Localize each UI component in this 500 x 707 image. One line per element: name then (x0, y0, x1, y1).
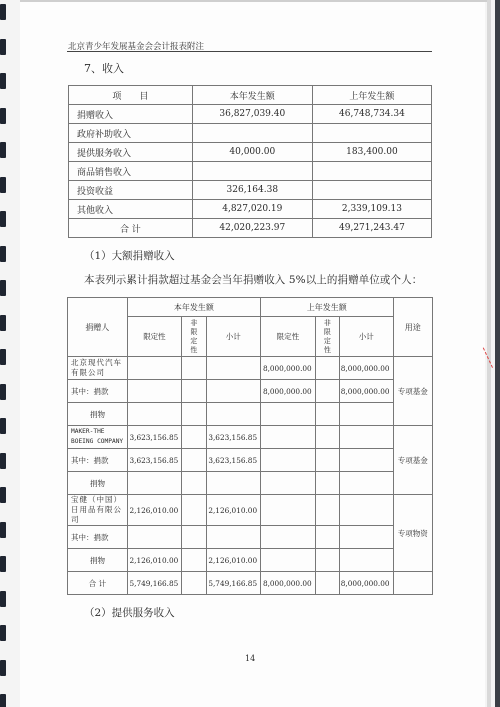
header-current-year: 本年发生额 (127, 298, 260, 317)
binder-hole (0, 591, 6, 607)
cell (127, 357, 182, 380)
previous-value: 46,748,734.34 (312, 105, 431, 124)
header-previous: 上年发生额 (312, 86, 431, 105)
subsection-title-service-income: （2）提供服务收入 (84, 605, 175, 620)
purpose-cell (393, 572, 432, 595)
binder-hole (0, 694, 6, 707)
cell (127, 403, 182, 426)
item-label: 捐赠收入 (69, 105, 193, 124)
cell (261, 449, 316, 472)
cash-row: 其中：捐款 8,000,000.00 8,000,000.00 (68, 380, 433, 403)
cell (315, 549, 339, 572)
income-table: 项 目 本年发生额 上年发生额 捐赠收入 36,827,039.40 46,74… (68, 85, 432, 238)
table-row: 其他收入 4,827,020.19 2,339,109.13 (69, 200, 432, 219)
current-value (192, 162, 312, 181)
cell (182, 526, 206, 549)
cell (315, 426, 339, 449)
subsection-description: 本表列示累计捐款超过基金会当年捐赠收入 5%以上的捐赠单位或个人： (84, 272, 422, 287)
cell: 2,126,010.00 (127, 495, 182, 526)
previous-value (312, 181, 431, 200)
binder-hole (0, 625, 6, 641)
goods-label: 捐物 (68, 403, 128, 426)
cell: 2,126,010.00 (127, 549, 182, 572)
binder-hole (0, 522, 6, 538)
cell (206, 526, 261, 549)
header-subtotal: 小计 (339, 317, 393, 357)
header-subtotal: 小计 (206, 317, 261, 357)
binder-hole (0, 73, 6, 89)
cell (315, 495, 339, 526)
cash-row: 其中：捐款 3,623,156.85 3,623,156.85 (68, 449, 433, 472)
cell (315, 380, 339, 403)
cell: 2,126,010.00 (206, 549, 261, 572)
donation-table: 捐赠人 本年发生额 上年发生额 用途 限定性 非 限 定 性 小计 限定性 非 … (67, 297, 433, 595)
cell (315, 472, 339, 495)
cell (182, 572, 206, 595)
cell (206, 380, 261, 403)
previous-value: 183,400.00 (312, 143, 431, 162)
total-label: 合 计 (68, 572, 128, 595)
total-row: 合 计 42,020,223.97 49,271,243.47 (69, 219, 432, 238)
binder-hole (0, 4, 6, 20)
goods-label: 捐物 (68, 472, 128, 495)
cell (182, 549, 206, 572)
cell (127, 526, 182, 549)
cell (182, 449, 206, 472)
cell: 3,623,156.85 (206, 449, 261, 472)
cash-label: 其中：捐款 (68, 380, 128, 403)
binder-hole (0, 280, 6, 296)
donor-row: MAKER-THE BOEING COMPANY 3,623,156.85 3,… (68, 426, 433, 449)
cell: 5,749,166.85 (206, 572, 261, 595)
cell (127, 380, 182, 403)
page-number: 14 (245, 654, 255, 663)
income-table-header: 项 目 本年发生额 上年发生额 (69, 86, 432, 105)
total-previous: 49,271,243.47 (312, 219, 431, 238)
binder-hole (0, 39, 6, 55)
item-label: 政府补助收入 (69, 124, 193, 143)
cell (127, 472, 182, 495)
donor-row: 宝健（中国）日用品有限公司 2,126,010.00 2,126,010.00 … (68, 495, 433, 526)
cell (261, 426, 316, 449)
purpose-cell: 专项基金 (393, 357, 432, 426)
header-current: 本年发生额 (192, 86, 312, 105)
binder-hole (0, 349, 6, 365)
cash-row: 其中：捐款 (68, 526, 433, 549)
donor-name: 北京现代汽车有限公司 (68, 357, 128, 380)
total-label: 合 计 (69, 219, 193, 238)
subsection-title-large-donations: （1）大额捐赠收入 (84, 248, 175, 263)
cell: 8,000,000.00 (261, 572, 316, 595)
cell (182, 357, 206, 380)
cell (315, 572, 339, 595)
header-restricted: 限定性 (261, 317, 316, 357)
binder-hole (0, 384, 6, 400)
header-purpose: 用途 (393, 298, 432, 357)
current-value: 326,164.38 (192, 181, 312, 200)
cell: 8,000,000.00 (339, 357, 393, 380)
current-value: 4,827,020.19 (192, 200, 312, 219)
binder-hole (0, 453, 6, 469)
cell (339, 449, 393, 472)
cell (339, 526, 393, 549)
donor-row: 北京现代汽车有限公司 8,000,000.00 8,000,000.00 专项基… (68, 357, 433, 380)
cell: 3,623,156.85 (206, 426, 261, 449)
previous-value (312, 124, 431, 143)
cell (315, 526, 339, 549)
header-unrestricted: 非 限 定 性 (182, 317, 206, 357)
binder-hole (0, 211, 6, 227)
binder-hole (0, 418, 6, 434)
goods-row: 捐物 (68, 403, 433, 426)
binder-hole (0, 315, 6, 331)
binder-hole (0, 660, 6, 676)
donation-table-header-row1: 捐赠人 本年发生额 上年发生额 用途 (68, 298, 433, 317)
binder-hole (0, 487, 6, 503)
cell (261, 549, 316, 572)
table-row: 提供服务收入 40,000.00 183,400.00 (69, 143, 432, 162)
page-top-edge (20, 0, 490, 2)
cell (315, 403, 339, 426)
purpose-cell: 专项物资 (393, 495, 432, 572)
total-current: 42,020,223.97 (192, 219, 312, 238)
previous-value: 2,339,109.13 (312, 200, 431, 219)
binder-hole (0, 556, 6, 572)
cell (261, 403, 316, 426)
binder-hole (0, 246, 6, 262)
cell (315, 357, 339, 380)
purpose-cell: 专项基金 (393, 426, 432, 495)
cell: 5,749,166.85 (127, 572, 182, 595)
cell (339, 426, 393, 449)
cell (182, 426, 206, 449)
header-donor: 捐赠人 (68, 298, 128, 357)
cell: 2,126,010.00 (206, 495, 261, 526)
cell: 3,623,156.85 (127, 426, 182, 449)
cell: 8,000,000.00 (261, 380, 316, 403)
cell (182, 403, 206, 426)
current-value: 36,827,039.40 (192, 105, 312, 124)
table-row: 政府补助收入 (69, 124, 432, 143)
goods-row: 捐物 (68, 472, 433, 495)
goods-row: 捐物 2,126,010.00 2,126,010.00 (68, 549, 433, 572)
binder-hole (0, 177, 6, 193)
cell (261, 526, 316, 549)
cell (315, 449, 339, 472)
cash-label: 其中：捐款 (68, 449, 128, 472)
item-label: 商品销售收入 (69, 162, 193, 181)
cell (182, 472, 206, 495)
cell (339, 472, 393, 495)
donor-name: 宝健（中国）日用品有限公司 (68, 495, 128, 526)
table-row: 商品销售收入 (69, 162, 432, 181)
cell (206, 357, 261, 380)
cell (261, 495, 316, 526)
item-label: 提供服务收入 (69, 143, 193, 162)
binder-hole (0, 108, 6, 124)
header-rule (67, 51, 432, 52)
table-row: 投资收益 326,164.38 (69, 181, 432, 200)
cell (182, 495, 206, 526)
cell (339, 495, 393, 526)
previous-value (312, 162, 431, 181)
binder-hole (0, 142, 6, 158)
donor-name: MAKER-THE BOEING COMPANY (68, 426, 128, 449)
item-label: 其他收入 (69, 200, 193, 219)
cash-label: 其中：捐款 (68, 526, 128, 549)
item-label: 投资收益 (69, 181, 193, 200)
current-value: 40,000.00 (192, 143, 312, 162)
cell: 3,623,156.85 (127, 449, 182, 472)
goods-label: 捐物 (68, 549, 128, 572)
cell: 8,000,000.00 (261, 357, 316, 380)
header-restricted: 限定性 (127, 317, 182, 357)
cell (182, 380, 206, 403)
total-row: 合 计 5,749,166.85 5,749,166.85 8,000,000.… (68, 572, 433, 595)
cell (206, 472, 261, 495)
header-previous-year: 上年发生额 (261, 298, 393, 317)
header-item: 项 目 (69, 86, 193, 105)
section-title: 7、收入 (84, 60, 124, 76)
cell (339, 549, 393, 572)
header-unrestricted: 非 限 定 性 (315, 317, 339, 357)
current-value (192, 124, 312, 143)
cell (206, 403, 261, 426)
table-row: 捐赠收入 36,827,039.40 46,748,734.34 (69, 105, 432, 124)
cell (339, 403, 393, 426)
cell: 8,000,000.00 (339, 380, 393, 403)
cell (261, 472, 316, 495)
cell: 8,000,000.00 (339, 572, 393, 595)
